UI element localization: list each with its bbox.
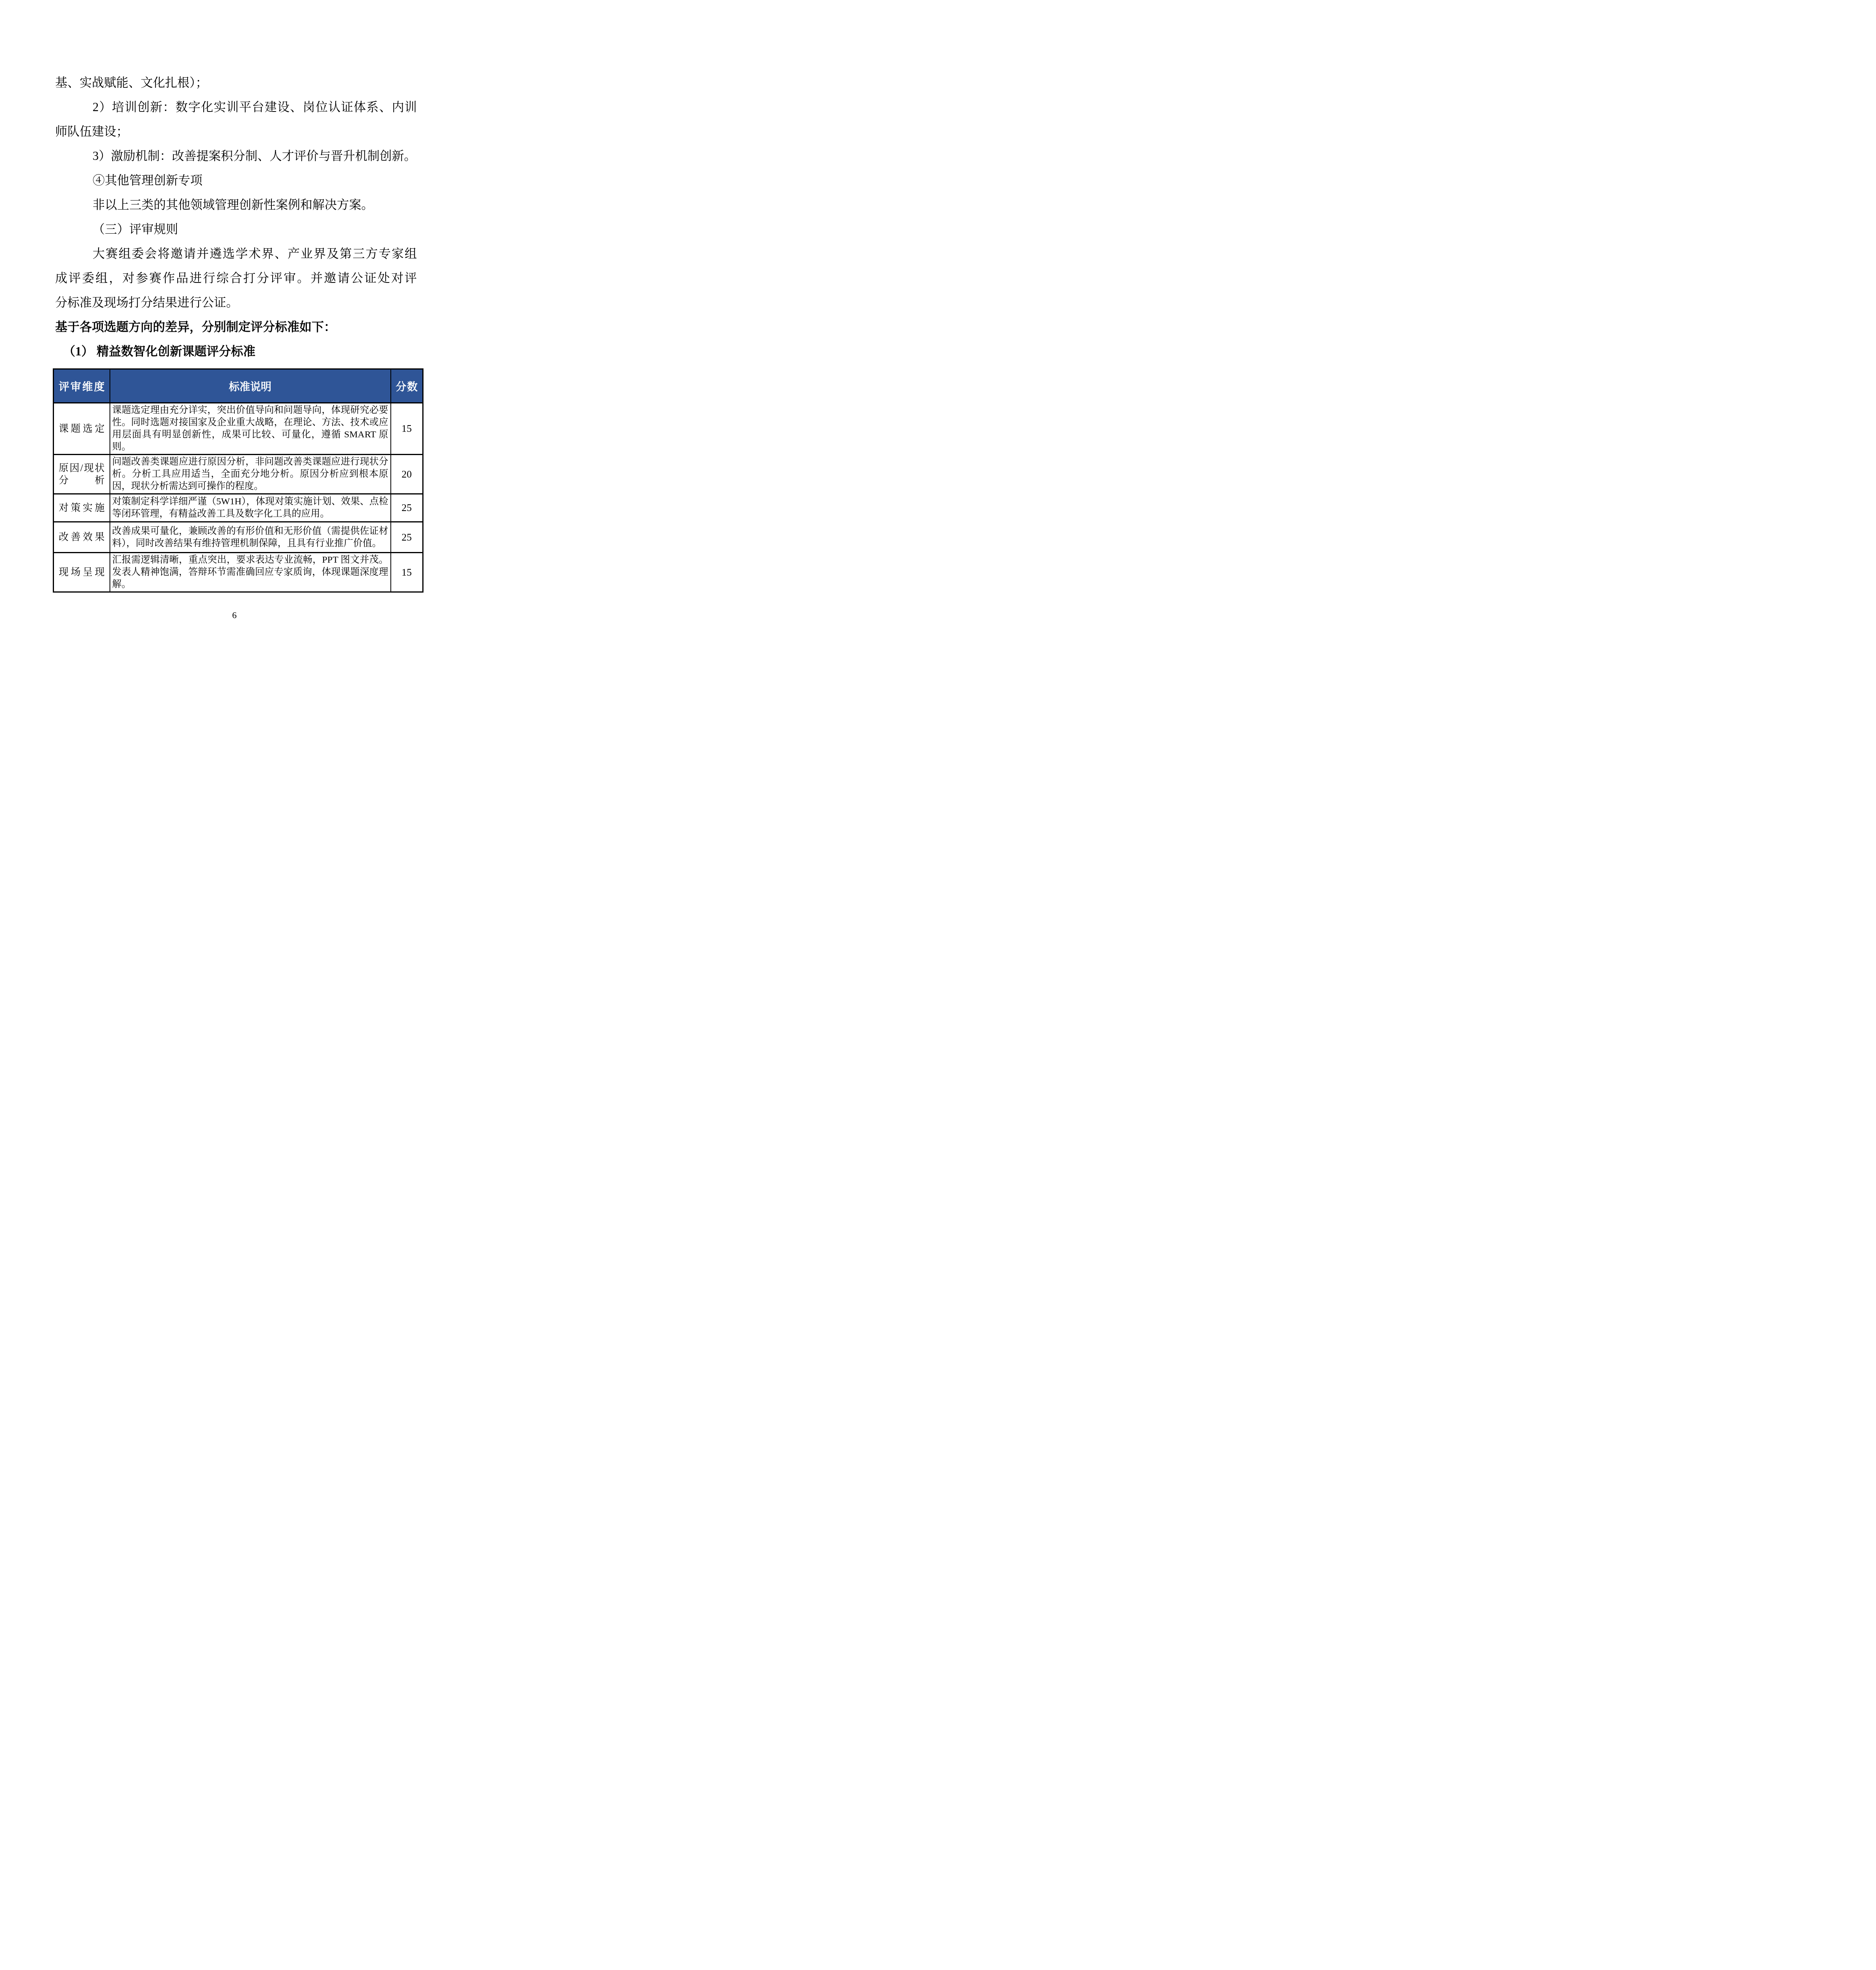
table-row: 原因/现状分析问题改善类课题应进行原因分析，非问题改善类课题应进行现状分析。分析… bbox=[54, 455, 423, 494]
table-body: 课题选定课题选定理由充分详实，突出价值导向和问题导向，体现研究必要性。同时选题对… bbox=[54, 403, 423, 592]
text-line: ④其他管理创新专项 bbox=[55, 168, 417, 193]
scoring-criteria-table: 评审维度 标准说明 分数 课题选定课题选定理由充分详实，突出价值导向和问题导向，… bbox=[53, 368, 423, 593]
text-line: （三）评审规则 bbox=[55, 217, 417, 242]
dimension-label: 课题选定 bbox=[54, 423, 110, 435]
text-line: 基于各项选题方向的差异，分别制定评分标准如下： bbox=[55, 315, 417, 339]
text-line: 非以上三类的其他领域管理创新性案例和解决方案。 bbox=[55, 193, 417, 217]
text-line: 2）培训创新：数字化实训平台建设、岗位认证体系、内训 bbox=[55, 95, 417, 119]
dimension-cell: 课题选定 bbox=[54, 403, 110, 455]
text-line: 成评委组，对参赛作品进行综合打分评审。并邀请公证处对评 bbox=[55, 266, 417, 290]
document-body: 基、实战赋能、文化扎根）；2）培训创新：数字化实训平台建设、岗位认证体系、内训师… bbox=[55, 71, 417, 593]
document-page: 基、实战赋能、文化扎根）；2）培训创新：数字化实训平台建设、岗位认证体系、内训师… bbox=[0, 0, 469, 663]
text-line: 3）激励机制：改善提案积分制、人才评价与晋升机制创新。 bbox=[55, 144, 417, 168]
dimension-cell: 改善效果 bbox=[54, 522, 110, 553]
dimension-label: 原因/现状分析 bbox=[54, 462, 110, 487]
score-cell: 25 bbox=[391, 522, 423, 553]
description-cell: 改善成果可量化，兼顾改善的有形价值和无形价值（需提供佐证材料），同时改善结果有维… bbox=[110, 522, 391, 553]
dimension-label: 对策实施 bbox=[54, 502, 110, 514]
section-heading: （1） 精益数智化创新课题评分标准 bbox=[55, 339, 417, 364]
text-line: 分标准及现场打分结果进行公证。 bbox=[55, 290, 417, 315]
score-cell: 25 bbox=[391, 494, 423, 522]
text-line: 大赛组委会将邀请并遴选学术界、产业界及第三方专家组 bbox=[55, 242, 417, 266]
dimension-label: 改善效果 bbox=[54, 531, 110, 543]
dimension-label: 现场呈现 bbox=[54, 566, 110, 578]
table-row: 改善效果改善成果可量化，兼顾改善的有形价值和无形价值（需提供佐证材料），同时改善… bbox=[54, 522, 423, 553]
body-paragraph: 大赛组委会将邀请并遴选学术界、产业界及第三方专家组成评委组，对参赛作品进行综合打… bbox=[55, 242, 417, 315]
body-paragraph: 基、实战赋能、文化扎根）； bbox=[55, 71, 417, 95]
description-cell: 汇报需逻辑清晰，重点突出，要求表达专业流畅，PPT 图文并茂。发表人精神饱满，答… bbox=[110, 553, 391, 592]
body-paragraph: 非以上三类的其他领域管理创新性案例和解决方案。 bbox=[55, 193, 417, 217]
table-row: 对策实施对策制定科学详细严谨（5W1H），体现对策实施计划、效果、点检等闭环管理… bbox=[54, 494, 423, 522]
body-paragraph: 2）培训创新：数字化实训平台建设、岗位认证体系、内训师队伍建设； bbox=[55, 95, 417, 144]
page-number: 6 bbox=[0, 610, 469, 621]
dimension-cell: 对策实施 bbox=[54, 494, 110, 522]
dimension-cell: 原因/现状分析 bbox=[54, 455, 110, 494]
header-label-description: 标准说明 bbox=[110, 378, 390, 394]
paragraph-container: 基、实战赋能、文化扎根）；2）培训创新：数字化实训平台建设、岗位认证体系、内训师… bbox=[55, 71, 417, 364]
description-cell: 问题改善类课题应进行原因分析，非问题改善类课题应进行现状分析。分析工具应用适当，… bbox=[110, 455, 391, 494]
body-paragraph: ④其他管理创新专项 bbox=[55, 168, 417, 193]
section-heading: 基于各项选题方向的差异，分别制定评分标准如下： bbox=[55, 315, 417, 339]
description-cell: 课题选定理由充分详实，突出价值导向和问题导向，体现研究必要性。同时选题对接国家及… bbox=[110, 403, 391, 455]
score-cell: 20 bbox=[391, 455, 423, 494]
text-line: （1） 精益数智化创新课题评分标准 bbox=[55, 339, 417, 364]
body-paragraph: （三）评审规则 bbox=[55, 217, 417, 242]
header-cell-score: 分数 bbox=[391, 369, 423, 403]
description-cell: 对策制定科学详细严谨（5W1H），体现对策实施计划、效果、点检等闭环管理，有精益… bbox=[110, 494, 391, 522]
table-header-row: 评审维度 标准说明 分数 bbox=[54, 369, 423, 403]
text-line: 基、实战赋能、文化扎根）； bbox=[55, 71, 417, 95]
body-paragraph: 3）激励机制：改善提案积分制、人才评价与晋升机制创新。 bbox=[55, 144, 417, 168]
header-cell-description: 标准说明 bbox=[110, 369, 391, 403]
dimension-cell: 现场呈现 bbox=[54, 553, 110, 592]
table-row: 课题选定课题选定理由充分详实，突出价值导向和问题导向，体现研究必要性。同时选题对… bbox=[54, 403, 423, 455]
score-cell: 15 bbox=[391, 403, 423, 455]
score-cell: 15 bbox=[391, 553, 423, 592]
header-label-score: 分数 bbox=[391, 378, 423, 394]
header-label-dimension: 评审维度 bbox=[54, 378, 110, 394]
table-row: 现场呈现汇报需逻辑清晰，重点突出，要求表达专业流畅，PPT 图文并茂。发表人精神… bbox=[54, 553, 423, 592]
table-header: 评审维度 标准说明 分数 bbox=[54, 369, 423, 403]
header-cell-dimension: 评审维度 bbox=[54, 369, 110, 403]
text-line: 师队伍建设； bbox=[55, 119, 417, 144]
